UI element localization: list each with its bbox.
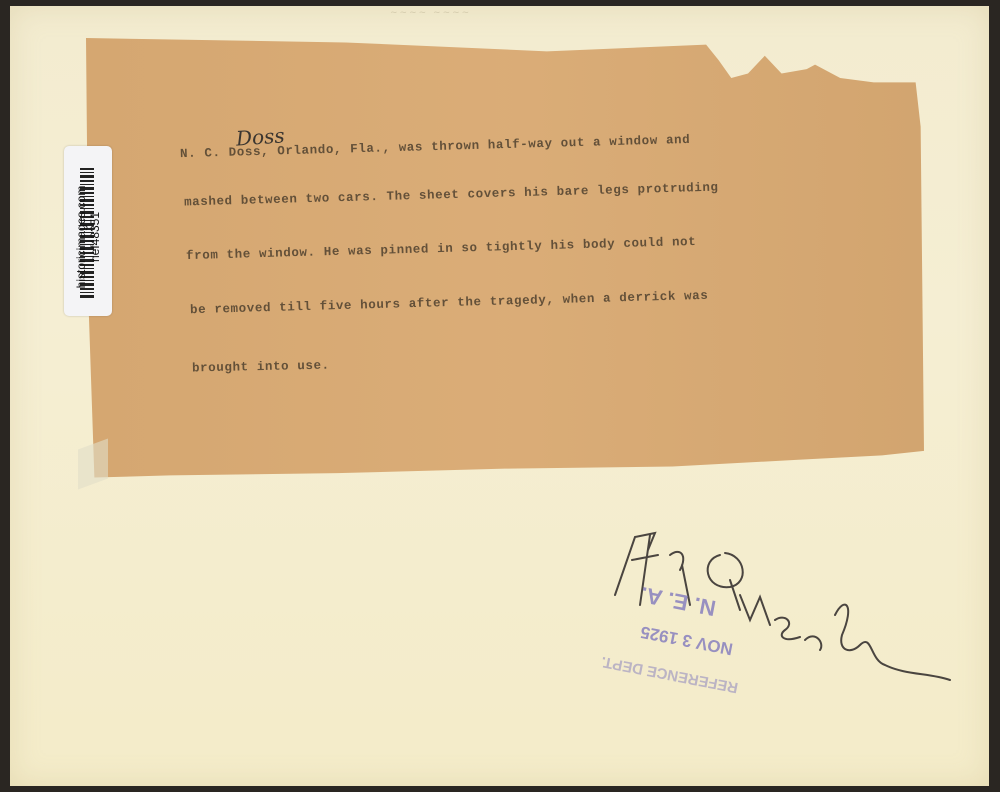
caption-line-5: brought into use. [192, 359, 330, 376]
faint-top-inscription: ~~~~ ~~~~ [390, 8, 510, 18]
archive-site: historicimages.com [74, 152, 88, 322]
archive-id: nef48351 [88, 152, 102, 322]
